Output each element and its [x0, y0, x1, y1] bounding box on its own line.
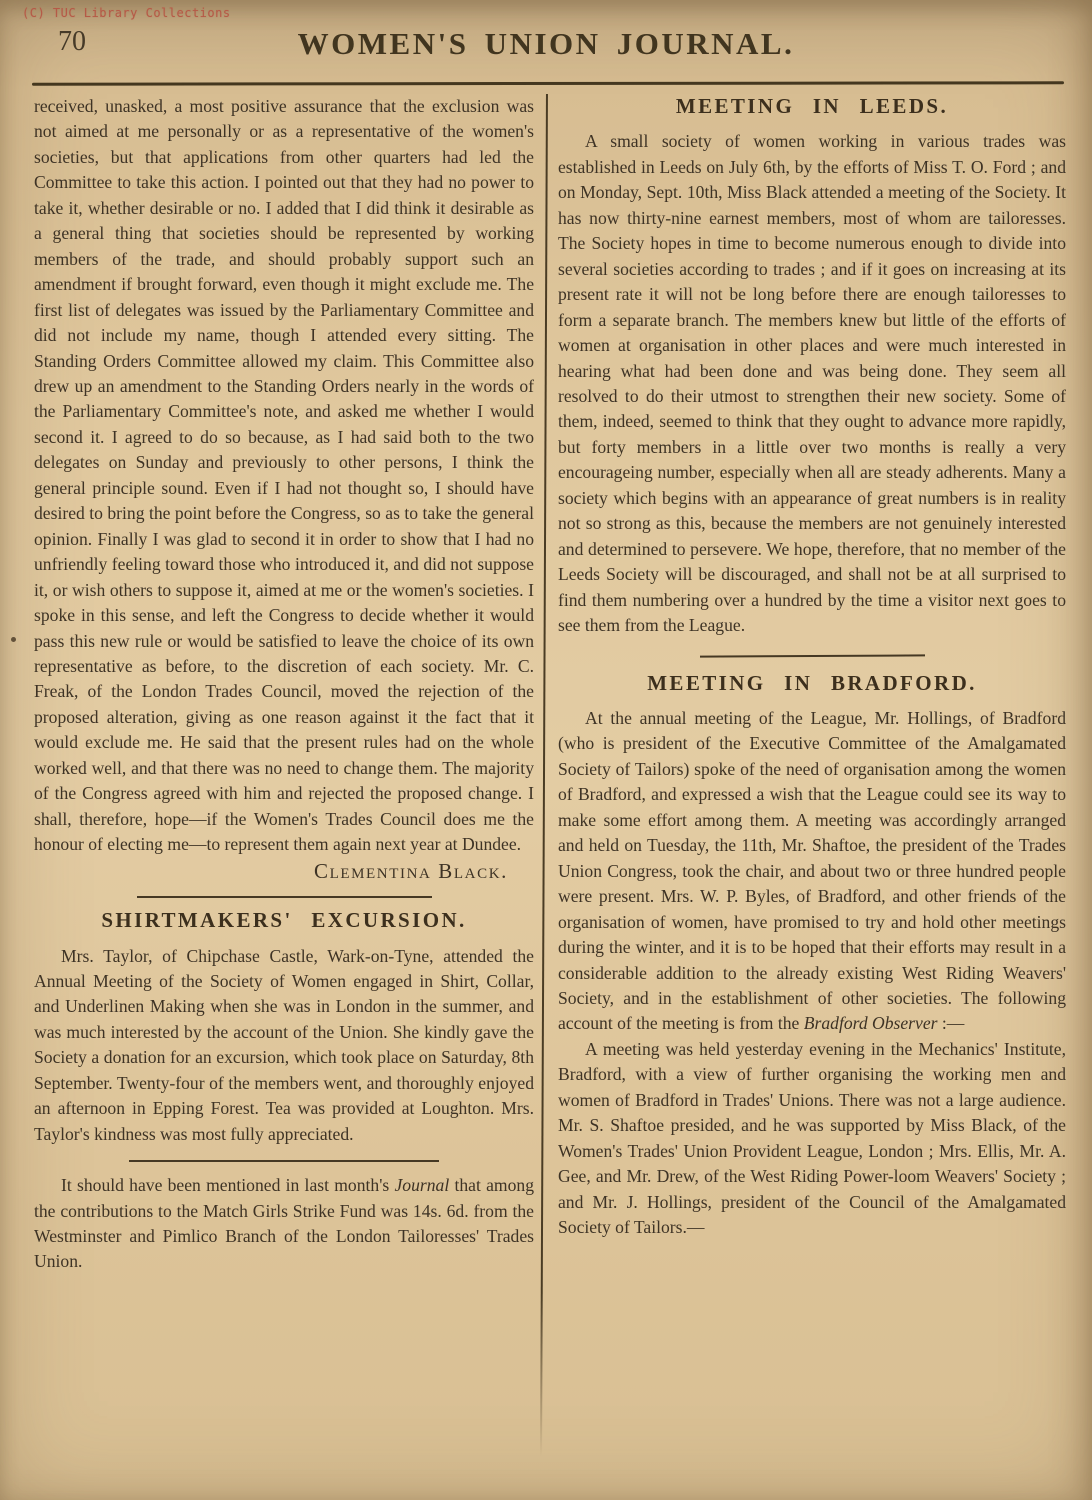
two-column-body: received, unasked, a most positive assur… [34, 94, 1066, 1456]
left-column: received, unasked, a most positive assur… [34, 94, 543, 1456]
leeds-paragraph: A small society of women working in vari… [558, 129, 1066, 638]
signature-clementina-black: Clementina Black. [34, 859, 534, 884]
heading-meeting-in-leeds: MEETING IN LEEDS. [558, 94, 1066, 119]
bradford-paragraph-1: At the annual meeting of the League, Mr.… [558, 706, 1066, 1037]
journal-page: (C) TUC Library Collections 70 WOMEN'S U… [0, 0, 1092, 1500]
section-separator [129, 1160, 439, 1162]
shirtmakers-paragraph: Mrs. Taylor, of Chipchase Castle, Wark-o… [34, 944, 534, 1148]
match-girls-note-paragraph: It should have been mentioned in last mo… [34, 1173, 534, 1275]
header-rule [32, 81, 1064, 85]
section-separator [699, 654, 924, 657]
bradford-observer-italic: Bradford Observer [804, 1013, 938, 1033]
page-title: WOMEN'S UNION JOURNAL. [0, 26, 1092, 62]
bradford-text: :— [937, 1013, 964, 1033]
journal-italic: Journal [394, 1175, 449, 1195]
section-separator [137, 896, 432, 898]
heading-shirtmakers-excursion: SHIRTMAKERS' EXCURSION. [34, 908, 534, 933]
heading-meeting-in-bradford: MEETING IN BRADFORD. [558, 671, 1066, 696]
bradford-text: At the annual meeting of the League, Mr.… [558, 708, 1066, 1033]
continuation-paragraph: received, unasked, a most positive assur… [34, 94, 534, 858]
note-text: It should have been mentioned in last mo… [61, 1175, 394, 1195]
bradford-paragraph-2: A meeting was held yesterday evening in … [558, 1037, 1066, 1241]
right-column: MEETING IN LEEDS. A small society of wom… [545, 94, 1066, 1456]
library-watermark: (C) TUC Library Collections [22, 6, 231, 20]
ink-speck [11, 637, 16, 642]
